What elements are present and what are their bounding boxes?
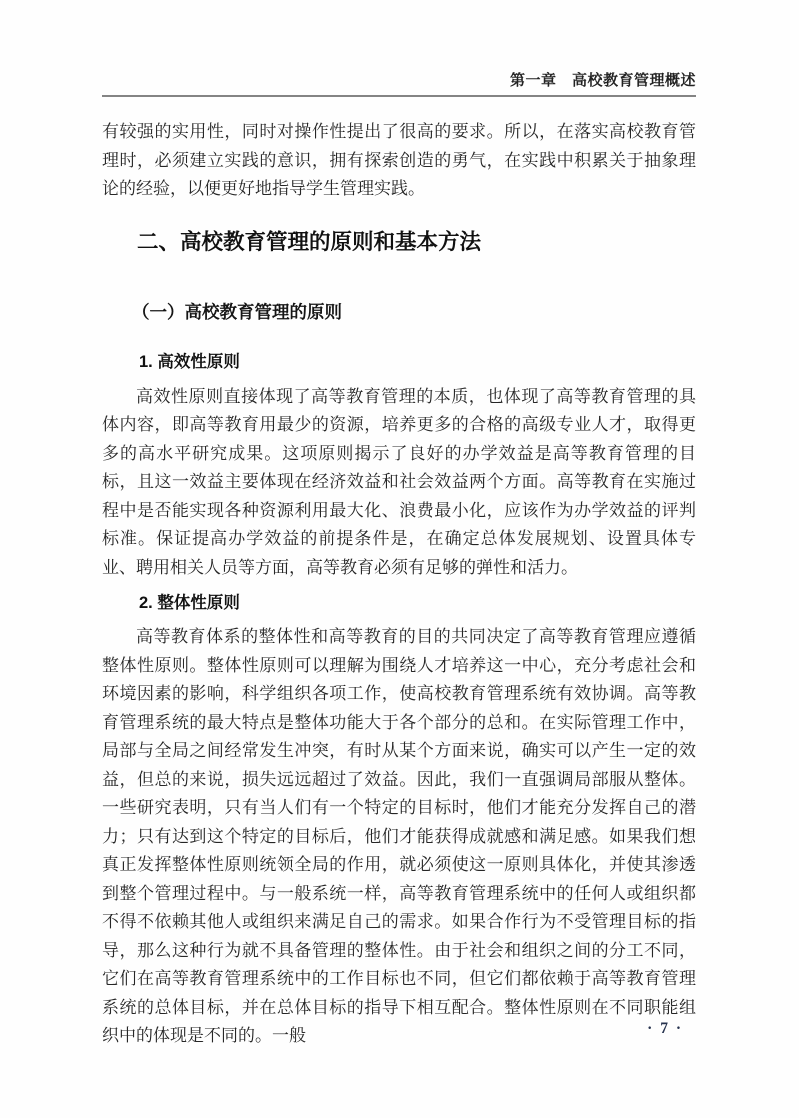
header-double-rule <box>102 95 696 97</box>
subsection-heading: （一）高校教育管理的原则 <box>132 300 696 324</box>
text-column: 第一章 高校教育管理概述 有较强的实用性，同时对操作性提出了很高的要求。所以，在… <box>102 0 696 1051</box>
book-page: 第一章 高校教育管理概述 有较强的实用性，同时对操作性提出了很高的要求。所以，在… <box>0 0 799 1118</box>
principle-1-body: 高效性原则直接体现了高等教育管理的本质，也体现了高等教育管理的具体内容，即高等教… <box>102 383 696 583</box>
page-number: · 7 · <box>647 1019 683 1039</box>
principle-1-heading: 1. 高效性原则 <box>139 351 696 374</box>
intro-paragraph: 有较强的实用性，同时对操作性提出了很高的要求。所以，在落实高校教育管理时，必须建… <box>102 118 696 204</box>
section-heading: 二、高校教育管理的原则和基本方法 <box>137 227 696 257</box>
running-header: 第一章 高校教育管理概述 <box>102 71 696 91</box>
principle-2-body: 高等教育体系的整体性和高等教育的目的共同决定了高等教育管理应遵循整体性原则。整体… <box>102 623 696 1051</box>
principle-2-heading: 2. 整体性原则 <box>139 592 696 615</box>
